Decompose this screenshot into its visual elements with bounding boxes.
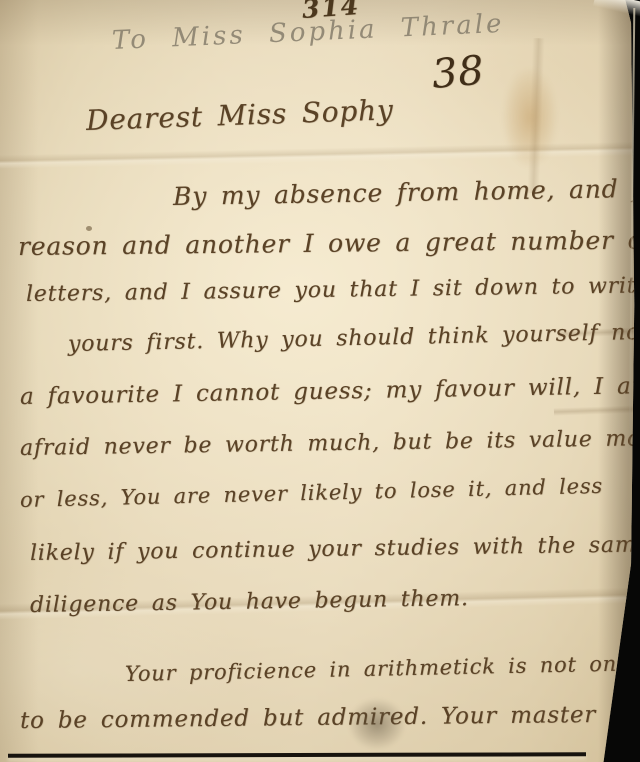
letter-line: letters, and I assure you that I sit dow… <box>26 273 640 307</box>
letter-photograph: 314 To Miss Sophia Thrale 38 Dearest Mis… <box>0 0 640 762</box>
bottom-edge-shadow <box>8 752 586 758</box>
letter-line: diligence as You have begun them. <box>30 586 469 618</box>
letter-line: Your proficience in arithmetick is not o… <box>125 651 638 686</box>
folio-number: 38 <box>430 48 486 98</box>
letter-line: yours first. Why you should think yourse… <box>68 320 640 357</box>
letter-line: afraid never be worth much, but be its v… <box>20 426 640 461</box>
letter-page: 314 To Miss Sophia Thrale 38 Dearest Mis… <box>0 0 640 762</box>
letter-line: likely if you continue your studies with… <box>30 532 640 566</box>
letter-line: to be commended but admired. Your master… <box>20 701 640 734</box>
letter-line: or less, You are never likely to lose it… <box>20 474 604 512</box>
letter-line: reason and another I owe a great number … <box>18 225 640 261</box>
letter-line: By my absence from home, and for one <box>173 172 640 211</box>
letter-line: a favourite I cannot guess; my favour wi… <box>20 373 640 410</box>
salutation: Dearest Miss Sophy <box>85 93 394 137</box>
ink-smudge <box>348 698 406 750</box>
